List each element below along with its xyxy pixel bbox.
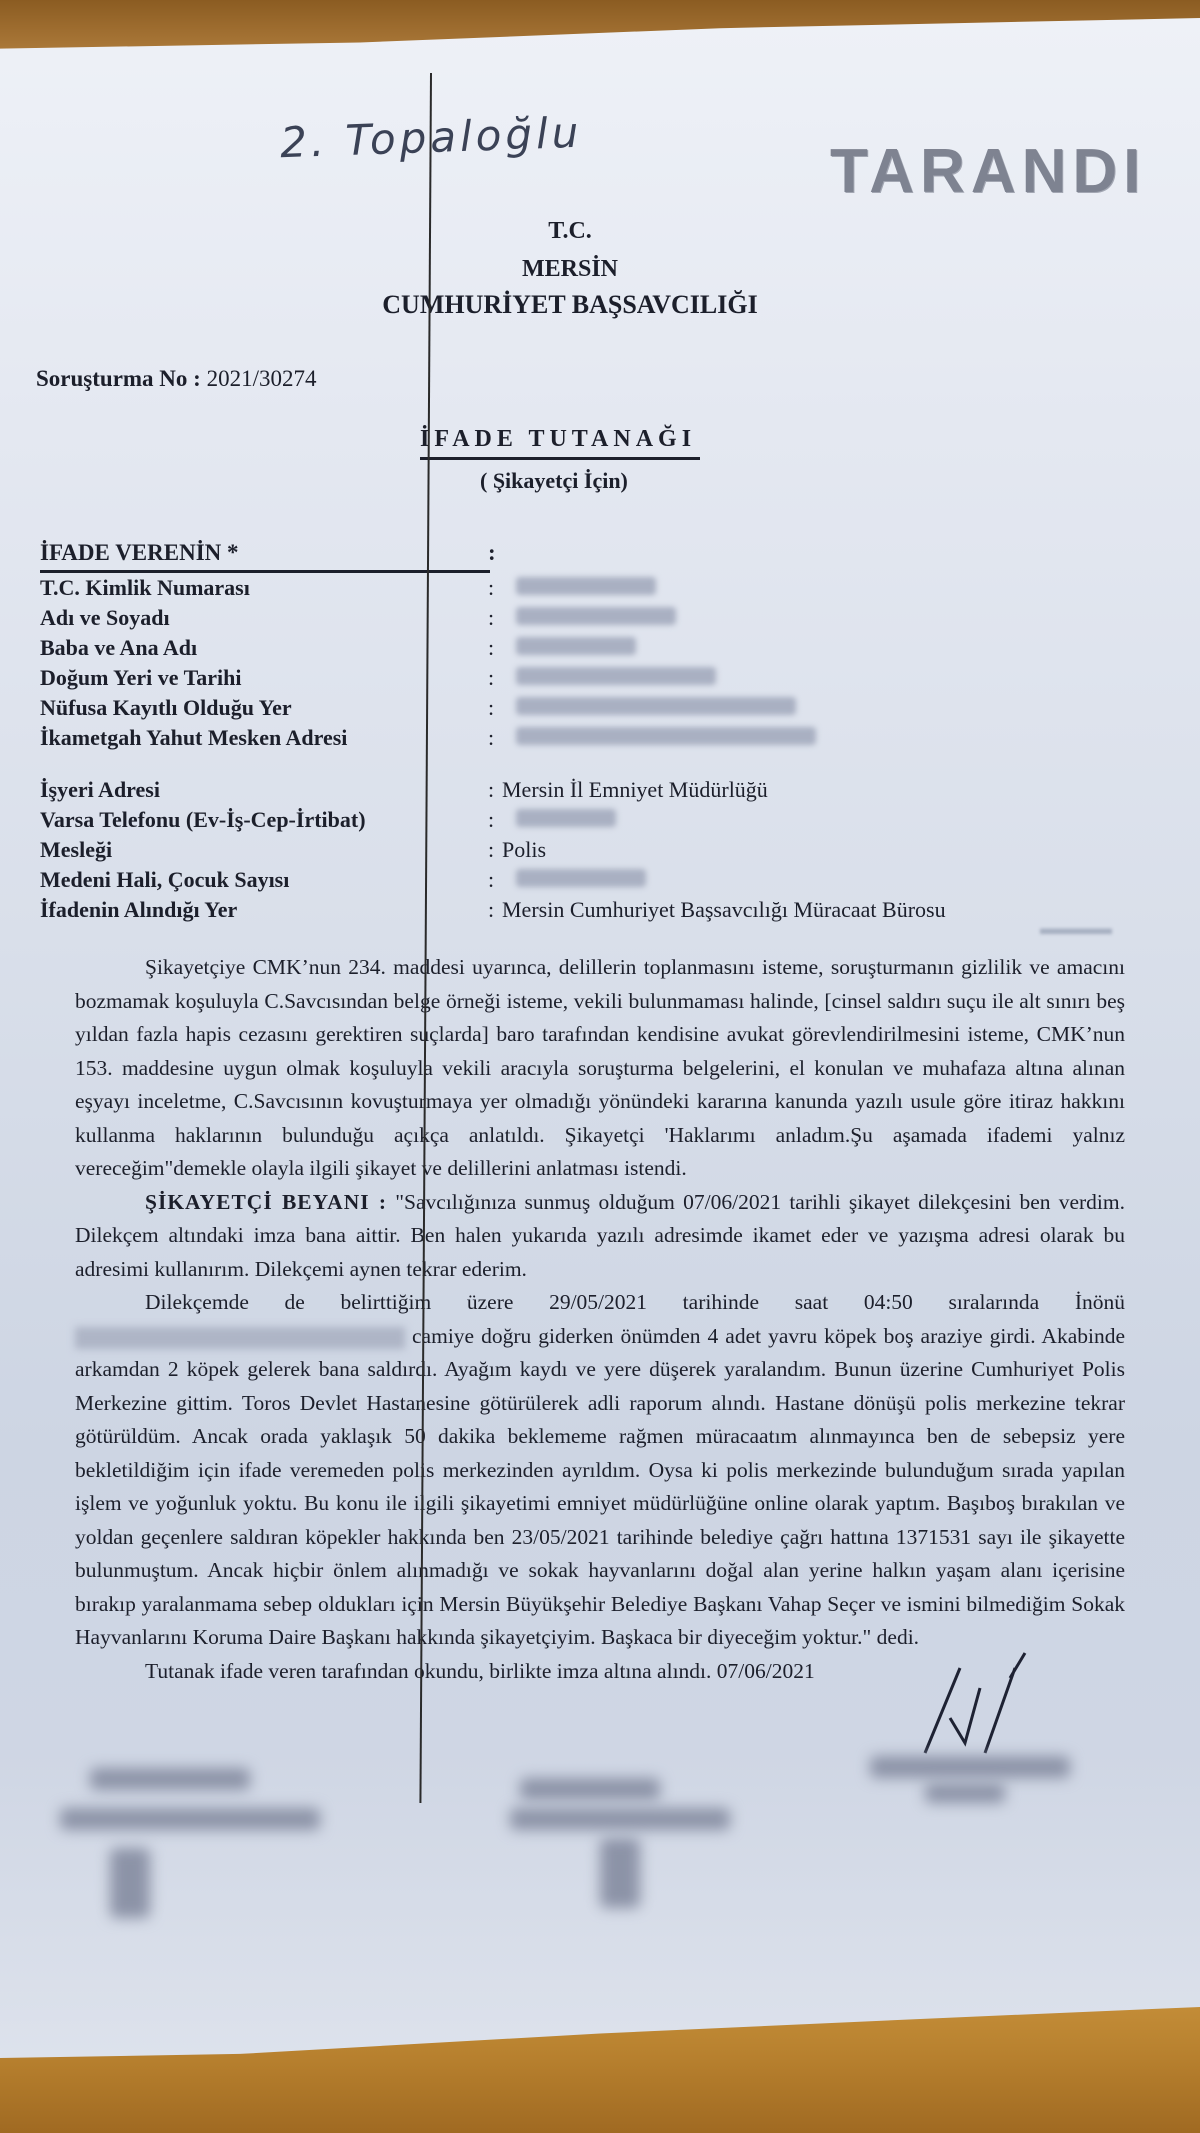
- redaction-blur: [516, 577, 656, 595]
- redaction-blur: [516, 667, 716, 685]
- header-office: CUMHURİYET BAŞSAVCILIĞI: [20, 290, 1120, 320]
- case-number: Soruşturma No : 2021/30274: [36, 366, 316, 392]
- case-number-label: Soruşturma No :: [36, 366, 201, 391]
- info-field-label: Medeni Hali, Çocuk Sayısı: [40, 867, 289, 893]
- document-title: İFADE TUTANAĞI: [420, 426, 700, 460]
- info-row: Baba ve Ana Adı:: [40, 633, 1140, 663]
- info-heading: İFADE VERENİN * :: [40, 540, 490, 573]
- redacted-value: [502, 605, 676, 631]
- info-field-label: Varsa Telefonu (Ev-İş-Cep-İrtibat): [40, 807, 366, 833]
- redaction-blur: [516, 697, 796, 715]
- info-field-label: Doğum Yeri ve Tarihi: [40, 665, 241, 691]
- info-row: Mesleği:Polis: [40, 835, 1140, 865]
- redaction-blur: [516, 809, 616, 827]
- info-heading-colon: :: [488, 540, 496, 566]
- info-row: Nüfusa Kayıtlı Olduğu Yer:: [40, 693, 1140, 723]
- redacted-value: [502, 807, 616, 833]
- info-field-colon: :: [488, 807, 494, 833]
- info-field-colon: :: [488, 665, 494, 691]
- rights-paragraph: Şikayetçiye CMK’nun 234. maddesi uyarınc…: [75, 951, 1125, 1186]
- redaction-blur: [516, 869, 646, 887]
- incident-text-1: Dilekçemde de belirttiğim üzere 29/05/20…: [145, 1290, 1125, 1314]
- info-field-colon: :: [488, 867, 494, 893]
- info-row: İfadenin Alındığı Yer:Mersin Cumhuriyet …: [40, 895, 1140, 925]
- info-row: Medeni Hali, Çocuk Sayısı:: [40, 865, 1140, 895]
- info-row: T.C. Kimlik Numarası:: [40, 573, 1140, 603]
- statement-giver-info: İFADE VERENİN * : T.C. Kimlik Numarası:A…: [40, 540, 1140, 925]
- redaction-blur: [516, 637, 636, 655]
- redacted-value: [502, 695, 796, 721]
- redacted-location: [75, 1327, 405, 1349]
- info-row: Adı ve Soyadı:: [40, 603, 1140, 633]
- info-row: Doğum Yeri ve Tarihi:: [40, 663, 1140, 693]
- info-field-value: Polis: [502, 837, 546, 863]
- info-field-label: İkametgah Yahut Mesken Adresi: [40, 725, 347, 751]
- incident-paragraph: Dilekçemde de belirttiğim üzere 29/05/20…: [75, 1286, 1125, 1655]
- info-row: İkametgah Yahut Mesken Adresi:: [40, 723, 1140, 753]
- redacted-value: [502, 867, 646, 893]
- scanned-stamp: TARANDI: [830, 136, 1146, 207]
- info-heading-label: İFADE VERENİN *: [40, 540, 239, 565]
- redacted-value: [502, 665, 716, 691]
- info-field-colon: :: [488, 635, 494, 661]
- info-field-label: Mesleği: [40, 837, 112, 863]
- info-field-colon: :: [488, 837, 494, 863]
- info-field-label: Nüfusa Kayıtlı Olduğu Yer: [40, 695, 292, 721]
- info-row: Varsa Telefonu (Ev-İş-Cep-İrtibat):: [40, 805, 1140, 835]
- redaction-blur: [516, 607, 676, 625]
- handwritten-signature: [920, 1648, 1040, 1758]
- info-field-colon: :: [488, 605, 494, 631]
- section-gap: [40, 753, 1140, 775]
- case-number-value: 2021/30274: [207, 366, 317, 391]
- info-field-colon: :: [488, 725, 494, 751]
- redacted-value: [502, 725, 816, 751]
- header-tc: T.C.: [20, 218, 1120, 245]
- incident-text-2: camiye doğru giderken önümden 4 adet yav…: [75, 1324, 1125, 1650]
- redaction-blur: [516, 727, 816, 745]
- info-field-colon: :: [488, 695, 494, 721]
- document-subtitle: ( Şikayetçi İçin): [480, 468, 628, 494]
- info-field-label: T.C. Kimlik Numarası: [40, 575, 250, 601]
- header-city: MERSİN: [20, 256, 1120, 283]
- info-field-value: Mersin İl Emniyet Müdürlüğü: [502, 777, 768, 803]
- info-field-label: Adı ve Soyadı: [40, 605, 170, 631]
- info-row: İşyeri Adresi:Mersin İl Emniyet Müdürlüğ…: [40, 775, 1140, 805]
- statement-body: Şikayetçiye CMK’nun 234. maddesi uyarınc…: [75, 951, 1125, 1688]
- info-field-label: Baba ve Ana Adı: [40, 635, 197, 661]
- info-field-value: Mersin Cumhuriyet Başsavcılığı Müracaat …: [502, 897, 946, 923]
- beyan-label: ŞİKAYETÇİ BEYANI :: [145, 1190, 387, 1214]
- info-field-label: İfadenin Alındığı Yer: [40, 897, 237, 923]
- redacted-value: [502, 575, 656, 601]
- info-field-colon: :: [488, 897, 494, 923]
- redacted-value: [502, 635, 636, 661]
- info-field-colon: :: [488, 575, 494, 601]
- complainant-statement: ŞİKAYETÇİ BEYANI : "Savcılığınıza sunmuş…: [75, 1186, 1125, 1287]
- info-field-label: İşyeri Adresi: [40, 777, 160, 803]
- info-field-colon: :: [488, 777, 494, 803]
- document-page: ▬▬▬▬ 2. Topaloğlu TARANDI T.C. MERSİN CU…: [0, 18, 1200, 2058]
